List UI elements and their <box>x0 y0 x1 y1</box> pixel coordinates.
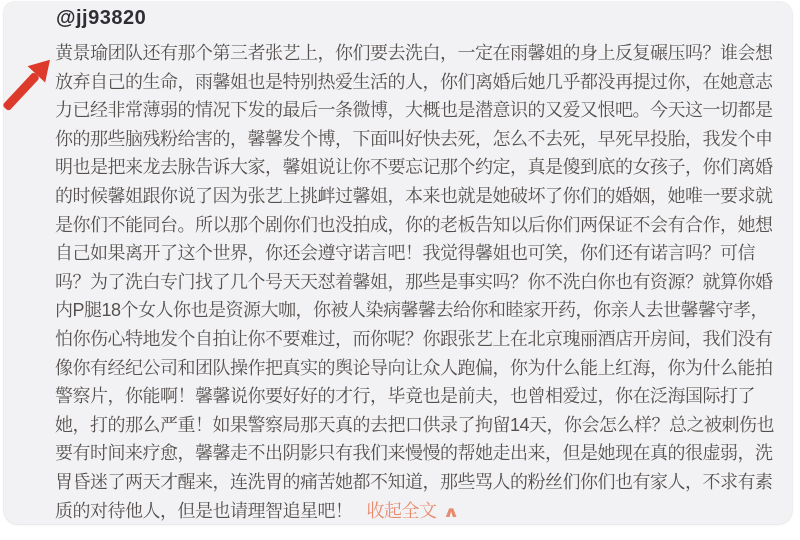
post-text-line: 警察片，你能啊！馨馨说你要好好的才行，毕竟也是前夫，也曾相爱过，你在泛海国际打了 <box>55 382 783 411</box>
collapse-full-text-link[interactable]: 收起全文∧ <box>367 501 457 521</box>
post-text-line: 内P腿18个女人你也是资源大咖，你被人染病馨馨去给你和睦家开药，你亲人去世馨馨守… <box>55 296 783 325</box>
post-text-line: 的时候馨姐跟你说了因为张艺上挑衅过馨姐，本来也就是她破坏了你们的婚姻，她唯一要求… <box>55 182 783 211</box>
post-text-line: 放弃自己的生命，雨馨姐也是特别热爱生活的人，你们离婚后她几乎都没再提过你，在她意… <box>55 68 783 97</box>
post-body: 黄景瑜团队还有那个第三者张艺上，你们要去洗白，一定在雨馨姐的身上反复碾压吗？谁会… <box>55 39 783 524</box>
post-author-handle: @jj93820 <box>56 7 146 30</box>
post-text-line: 要有时间来疗愈，馨馨走不出阴影只有我们来慢慢的帮她走出来，但是她现在真的很虚弱，… <box>55 439 783 468</box>
post-card: @jj93820 黄景瑜团队还有那个第三者张艺上，你们要去洗白，一定在雨馨姐的身… <box>4 2 792 524</box>
post-text-line: 自己如果离开了这个世界，你还会遵守诺言吧！我觉得馨姐也可笑，你们还有诺言吗？可信 <box>55 239 783 268</box>
post-text-line: 是你们不能同台。所以那个剧你们也没拍成，你的老板告知以后你们两保证不会有合作，她… <box>55 211 783 240</box>
chevron-up-icon: ∧ <box>442 499 458 525</box>
post-text-line: 吗？为了洗白专门找了几个号天天怼着馨姐，那些是事实吗？你不洗白你也有资源？就算你… <box>55 268 783 297</box>
page-background: { "colors": { "page_bg": "#ffffff", "car… <box>0 0 800 540</box>
post-last-line: 质的对待他人，但是也请理智追星吧！收起全文∧ <box>55 497 783 525</box>
post-text-line: 胃昏迷了两天才醒来，连洗胃的痛苦她都不知道，那些骂人的粉丝们你们也有家人，不求有… <box>55 468 783 497</box>
post-text-line: 质的对待他人，但是也请理智追星吧！ <box>55 501 353 521</box>
post-text-line: 像你有经纪公司和团队操作把真实的舆论导向让众人跑偏，你为什么能上红海，你为什么能… <box>55 354 783 383</box>
post-text-line: 你的那些脑残粉给害的，馨馨发个博，下面叫好快去死，怎么不去死，早死早投胎，我发个… <box>55 125 783 154</box>
post-text-line: 怕你伤心特地发个自拍让你不要难过，而你呢？你跟张艺上在北京瑰丽酒店开房间，我们没… <box>55 325 783 354</box>
post-text-line: 黄景瑜团队还有那个第三者张艺上，你们要去洗白，一定在雨馨姐的身上反复碾压吗？谁会… <box>55 39 783 68</box>
post-text-line: 明也是把来龙去脉告诉大家，馨姐说让你不要忘记那个约定，真是傻到底的女孩子，你们离… <box>55 153 783 182</box>
collapse-link-label: 收起全文 <box>367 501 437 521</box>
post-text-line: 力已经非常薄弱的情况下发的最后一条微博，大概也是潜意识的又爱又恨吧。今天这一切都… <box>55 96 783 125</box>
post-text-line: 她，打的那么严重！如果警察局那天真的去把口供录了拘留14天，你会怎么样？总之被刺… <box>55 411 783 440</box>
post-body-lines: 黄景瑜团队还有那个第三者张艺上，你们要去洗白，一定在雨馨姐的身上反复碾压吗？谁会… <box>55 39 783 497</box>
